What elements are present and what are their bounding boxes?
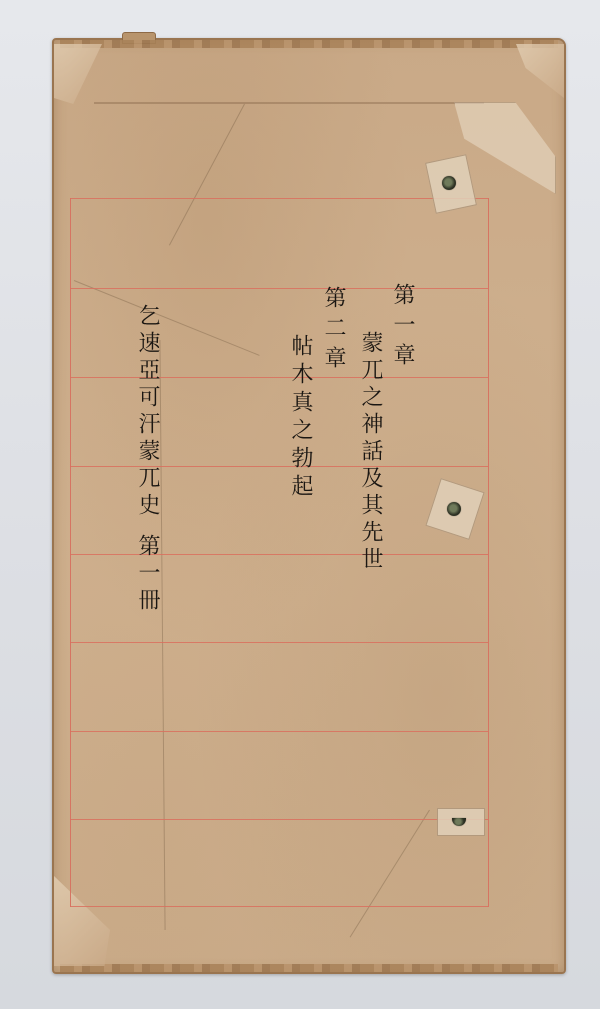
ruled-frame [70, 198, 489, 907]
torn-corner-top-right [516, 44, 564, 104]
ruled-line [70, 819, 488, 820]
ruled-line [70, 198, 488, 199]
torn-corner-top-left [54, 44, 102, 104]
binding-grommet [442, 176, 456, 190]
book-title-column: 乞速亞可汗蒙兀史第一冊 [136, 304, 158, 615]
ruled-line [70, 642, 488, 643]
crease-line [94, 102, 484, 104]
chapter-2-title: 帖木真之勃起 [289, 334, 311, 502]
ruled-line [70, 731, 488, 732]
chapter-2-label: 第二章 [322, 286, 344, 376]
top-page-edge [60, 40, 558, 48]
binding-grommet [447, 502, 461, 516]
manuscript-cover: 第一章 蒙兀之神話及其先世 第二章 帖木真之勃起 乞速亞可汗蒙兀史第一冊 [52, 38, 566, 974]
ruled-line [70, 288, 488, 289]
ruled-line [70, 554, 488, 555]
chapter-1-title: 蒙兀之神話及其先世 [359, 331, 381, 574]
bottom-page-edge [60, 964, 558, 972]
book-title: 乞速亞可汗蒙兀史 [135, 304, 160, 520]
volume-label: 第一冊 [135, 534, 160, 615]
ruled-line [70, 906, 488, 907]
ruled-line [70, 466, 488, 467]
ruled-line [70, 377, 488, 378]
chapter-1-label: 第一章 [391, 283, 413, 373]
